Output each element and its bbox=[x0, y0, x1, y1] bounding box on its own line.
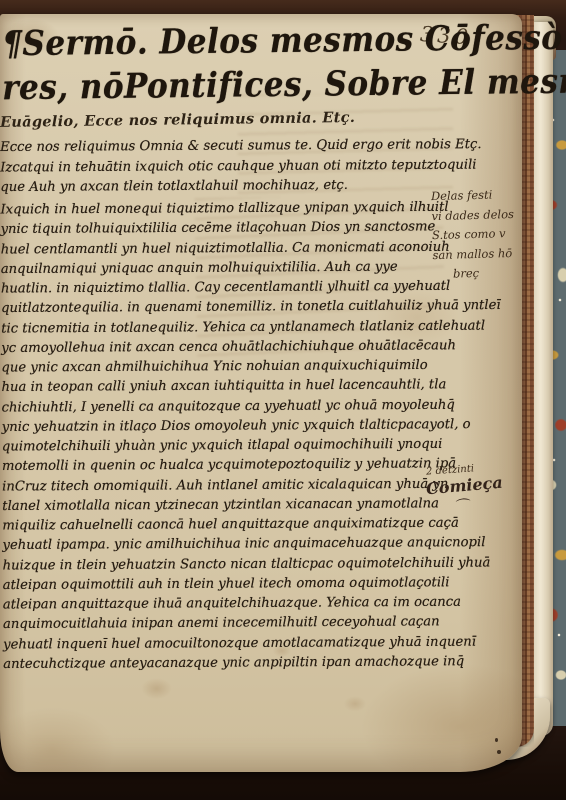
manuscript-line: tic ticnemitia in totlanequiliz. Yehica … bbox=[1, 317, 447, 339]
manuscript-line: que Auh yn axcan tlein totlaxtlahuil moc… bbox=[0, 175, 446, 197]
manuscript-line: hua in teopan calli yniuh axcan iuhtiqui… bbox=[1, 375, 447, 397]
margin-note-line: san mallos hō bbox=[432, 243, 520, 265]
margin-note-comienza: 2 detzinti Comieça ⌒ bbox=[426, 464, 503, 516]
manuscript-line: anquimocuitlahuia inipan anemi incecemil… bbox=[3, 612, 449, 634]
manuscript-line: ynic yehuatzin in itlaço Dios omoyoleuh … bbox=[2, 415, 448, 437]
title-line-2: res, nōPontifices, Sobre El mesmo, bbox=[2, 58, 522, 112]
manuscript-line: quimotelchihuili yhuàn ynic yxquich itla… bbox=[2, 435, 448, 457]
manuscript-line: yehuatl ipampa. ynic amilhuichihua inic … bbox=[2, 533, 448, 555]
manuscript-line: ynic tiquin tolhuiquixtililia cecēme itl… bbox=[1, 217, 447, 239]
sermon-title: ¶Sermō. Delos mesmos Cōfessò res, nōPont… bbox=[2, 20, 522, 108]
manuscript-page: 330 ¶Sermō. Delos mesmos Cōfessò res, nō… bbox=[0, 14, 522, 772]
manuscript-line: motemolli in quenin oc hualca ycquimotep… bbox=[2, 454, 448, 476]
manuscript-line: huizque in tlein yehuatzin Sancto nican … bbox=[3, 554, 449, 576]
ink-dot bbox=[497, 750, 501, 754]
manuscript-line: Ixquich in huel monequi tiquiztimo tlall… bbox=[0, 198, 446, 220]
manuscript-line: huatlin. in niquiztimo tlallia. Cay cece… bbox=[1, 277, 447, 299]
margin-note-line: vi dades delos bbox=[431, 204, 519, 226]
margin-note-line: S.tos como v bbox=[432, 224, 520, 246]
body-text: Ecce nos reliquimus Omnia & secuti sumus… bbox=[0, 135, 449, 674]
manuscript-line: anquilnamiqui yniquac anquin molhuiquixt… bbox=[1, 257, 447, 279]
manuscript-line: Izcatqui in tehuātin ixquich otic cauhqu… bbox=[0, 156, 446, 178]
ink-dot bbox=[495, 738, 498, 742]
manuscript-line: huel centlamantli yn huel niquiztimotlal… bbox=[1, 238, 447, 260]
manuscript-line: inCruz titech omomiquili. Auh intlanel a… bbox=[2, 475, 448, 497]
manuscript-line: atleipan anquittazque ihuā anquitelchihu… bbox=[3, 593, 449, 615]
manuscript-line: tlanel ximotlalla nican ytzinecan ytzint… bbox=[2, 494, 448, 516]
margin-note-line: breç bbox=[433, 263, 521, 285]
manuscript-line: chichiuhtli, I yenelli ca anquitozque ca… bbox=[2, 396, 448, 418]
manuscript-line: miquiliz cahuelnelli caoncā huel anquitt… bbox=[2, 514, 448, 536]
manuscript-line: yc amoyollehua init axcan cenca ohuātlac… bbox=[1, 336, 447, 358]
manuscript-line: atleipan oquimottili auh in tlein yhuel … bbox=[3, 573, 449, 595]
margin-note-line: Delas festi bbox=[431, 185, 519, 207]
manuscript-line: que ynic axcan ahmilhuichihua Ynic nohui… bbox=[1, 356, 447, 378]
margin-note-festividades: Delas festivi dades delosS.tos como vsan… bbox=[431, 185, 522, 285]
manuscript-line: Ecce nos reliquimus Omnia & secuti sumus… bbox=[0, 135, 446, 157]
manuscript-line: antecuhctizque anteyacanazque ynic anpip… bbox=[3, 652, 449, 674]
book-photograph: 330 ¶Sermō. Delos mesmos Cōfessò res, nō… bbox=[0, 0, 566, 800]
manuscript-line: yehuatl inquenī huel amocuiltonozque amo… bbox=[3, 633, 449, 655]
manuscript-line: quitlatzontequilia. in quenami tonemilli… bbox=[1, 296, 447, 318]
